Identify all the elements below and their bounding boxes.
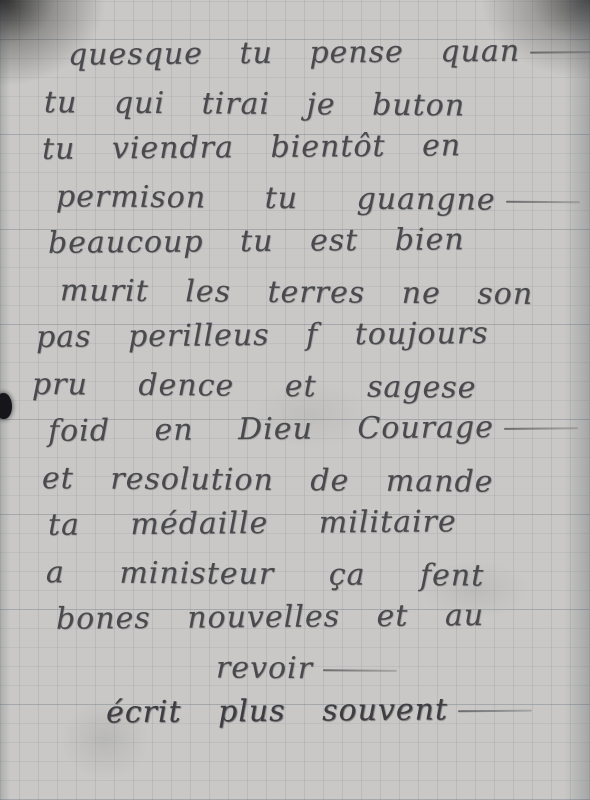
scan-shadow-right-edge (564, 0, 590, 800)
handwriting-line: pas perilleus f toujours (30, 309, 560, 361)
handwriting-line: tu viendra bientôt en (30, 121, 560, 173)
handwriting-line: beaucoup tu est bien (30, 215, 560, 267)
handwriting-block: quesque tu pense quan tu qui tirai je bu… (30, 32, 560, 737)
handwriting-line: ta médaille militaire (30, 497, 560, 549)
handwriting-line: foid en Dieu Courage (30, 403, 560, 455)
handwriting-line: quesque tu pense quan (30, 27, 560, 79)
ink-blot (0, 393, 12, 419)
letter-page: quesque tu pense quan tu qui tirai je bu… (0, 0, 590, 800)
handwriting-line: écrit plus souvent (30, 685, 560, 737)
handwriting-line: bones nouvelles et au (30, 591, 560, 643)
